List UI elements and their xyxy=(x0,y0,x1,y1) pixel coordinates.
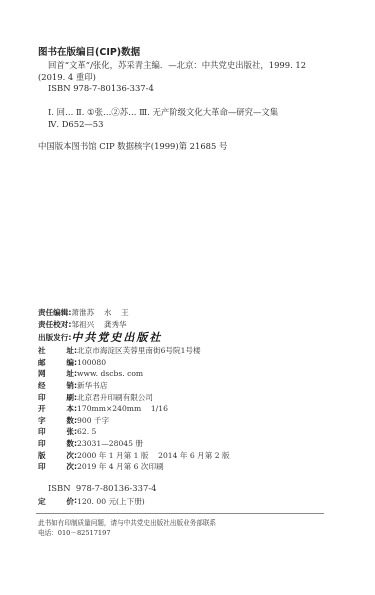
divider-line xyxy=(36,513,324,514)
imprint-block: 责任编辑:萧淮苏 水 王 责任校对:邹祖兴 龚秀华 出版发行:中共党史出版社 社… xyxy=(38,307,358,473)
imprint-row-edition: 版次:2000 年 1 月第 1 版 2014 年 6 月第 2 版 xyxy=(38,450,358,462)
imprint-row-sheets: 印张:62. 5 xyxy=(38,426,358,438)
cip-reprint-line: (2019. 4 重印) xyxy=(38,72,358,84)
cip-class-number: Ⅳ. D652—53 xyxy=(38,118,368,130)
notice-text: 此书如有印制质量问题，请与中共党史出版社出版业务部联系 xyxy=(38,518,216,528)
imprint-row-proofreaders: 责任校对:邹祖兴 龚秀华 xyxy=(38,319,358,331)
imprint-value: 萧淮苏 水 王 xyxy=(71,307,128,319)
price-value: 120. 00 元(上下册) xyxy=(77,496,145,507)
publisher-logo: 中共党史出版社 xyxy=(71,330,162,345)
price-row: 定价:120. 00 元(上下册) xyxy=(38,496,145,507)
cip-record: 回首“文革”/张化，苏采青主编．—北京：中共党史出版社，1999. 12 (20… xyxy=(38,60,358,95)
imprint-label: 责任校对 xyxy=(38,319,68,331)
notice-phone: 电话：010－82517197 xyxy=(38,528,216,538)
imprint-row-postcode: 邮编:100080 xyxy=(38,357,358,369)
cip-verification-number: 中国版本图书馆 CIP 数据核字(1999)第 21685 号 xyxy=(38,140,227,152)
cip-classification: Ⅰ. 回… Ⅱ. ①张…②苏… Ⅲ. 无产阶级文化大革命—研究—文集 Ⅳ. D6… xyxy=(38,106,368,130)
imprint-row-publisher: 出版发行:中共党史出版社 xyxy=(38,330,358,345)
quality-notice: 此书如有印制质量问题，请与中共党史出版社出版业务部联系 电话：010－82517… xyxy=(38,518,216,538)
cip-title-line: 回首“文革”/张化，苏采青主编．—北京：中共党史出版社，1999. 12 xyxy=(38,60,358,72)
imprint-label: 出版发行 xyxy=(38,330,68,345)
imprint-row-print-run: 印数:23031—28045 册 xyxy=(38,438,358,450)
imprint-label: 责任编辑 xyxy=(38,307,68,319)
imprint-row-address: 社址:北京市海淀区芙蓉里南街6号院1号楼 xyxy=(38,345,358,357)
cip-isbn: ISBN 978-7-80136-337-4 xyxy=(38,83,358,95)
cip-heading: 图书在版编目(CIP)数据 xyxy=(38,44,140,58)
imprint-row-impression: 印次:2019 年 4 月第 6 次印刷 xyxy=(38,461,358,473)
imprint-row-distributor: 经销:新华书店 xyxy=(38,380,358,392)
cip-subject-line: Ⅰ. 回… Ⅱ. ①张…②苏… Ⅲ. 无产阶级文化大革命—研究—文集 xyxy=(38,106,368,118)
imprint-value: 邹祖兴 龚秀华 xyxy=(71,319,126,331)
imprint-row-editors: 责任编辑:萧淮苏 水 王 xyxy=(38,307,358,319)
imprint-row-format: 开本:170mm×240mm 1/16 xyxy=(38,403,358,415)
isbn-bottom: ISBN 978-7-80136-337-4 xyxy=(48,483,156,493)
imprint-row-printer: 印刷:北京君升印刷有限公司 xyxy=(38,392,358,404)
copyright-page: 图书在版编目(CIP)数据 回首“文革”/张化，苏采青主编．—北京：中共党史出版… xyxy=(0,0,375,595)
imprint-row-word-count: 字数:900 千字 xyxy=(38,415,358,427)
website-text: www. dscbs. com xyxy=(77,368,143,380)
imprint-row-website: 网址:www. dscbs. com xyxy=(38,368,358,380)
